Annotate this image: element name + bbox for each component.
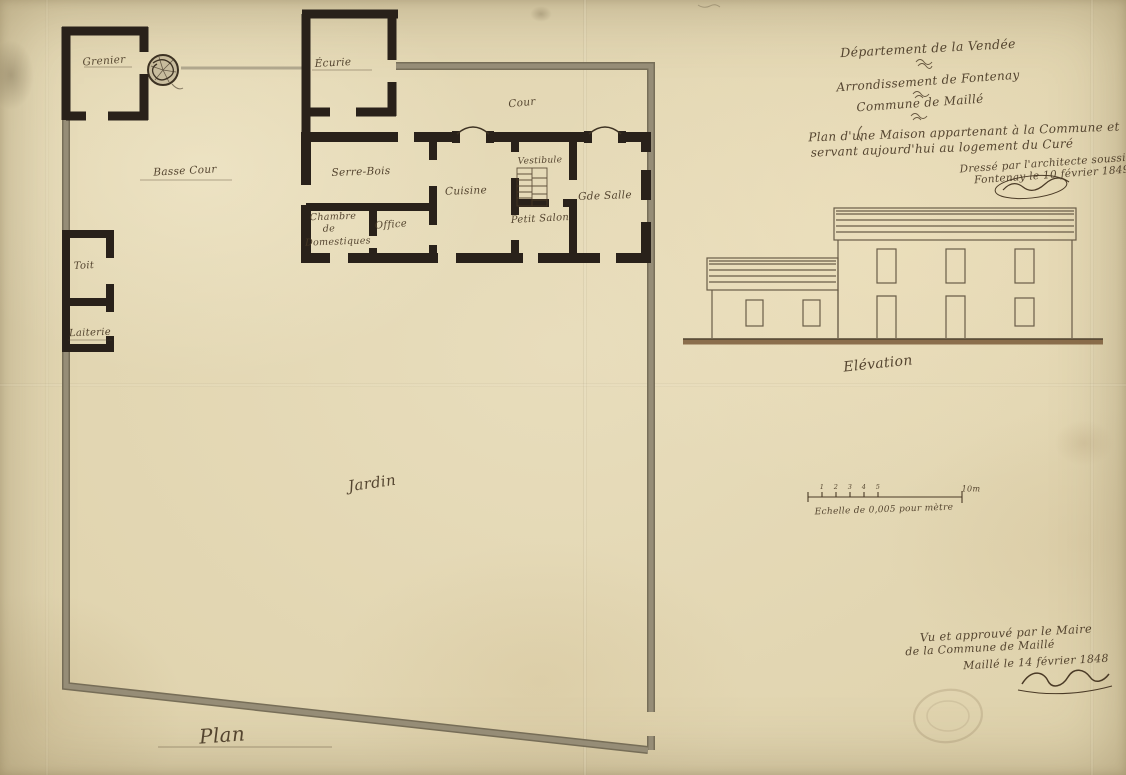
label-underlines — [68, 67, 372, 747]
elevation-drawing — [683, 208, 1103, 342]
scale-tick-label: 4 — [862, 483, 866, 491]
scale-tick-label: 3 — [848, 483, 852, 491]
room-label-serre-bois: Serre-Bois — [331, 165, 390, 179]
room-label-laiterie: Laiterie — [69, 327, 111, 339]
room-label-toit: Toit — [74, 260, 95, 272]
room-label-grande-salle: Gde Salle — [578, 189, 632, 203]
well-icon — [148, 55, 183, 89]
stamp-icon — [911, 686, 986, 747]
ecurie-room-walls — [302, 14, 398, 137]
room-label-chambre-line1: Chambre — [310, 211, 357, 224]
room-label-vestibule: Vestibule — [518, 155, 563, 167]
room-label-chambre-line2: de — [323, 223, 336, 234]
scale-tick-label: 2 — [834, 483, 838, 491]
grenier-room-walls — [62, 27, 148, 120]
scanned-plan-sheet: Département de la Vendée Arrondissement … — [0, 0, 1126, 775]
room-label-cuisine: Cuisine — [445, 184, 487, 197]
scale-tick-label: 1 — [820, 483, 824, 491]
pencil-mark — [698, 5, 720, 8]
room-label-ecurie: Écurie — [314, 56, 351, 70]
scale-end-label: 10m — [962, 485, 981, 494]
plan-caption: Plan — [198, 721, 245, 748]
mayor-signature-icon — [1018, 670, 1112, 693]
room-label-office: Office — [375, 218, 408, 231]
scale-bar — [808, 491, 962, 503]
scale-tick-label: 5 — [876, 483, 880, 491]
room-label-chambre-line3: Domestiques — [305, 235, 371, 248]
drawing-layer — [0, 0, 1126, 775]
